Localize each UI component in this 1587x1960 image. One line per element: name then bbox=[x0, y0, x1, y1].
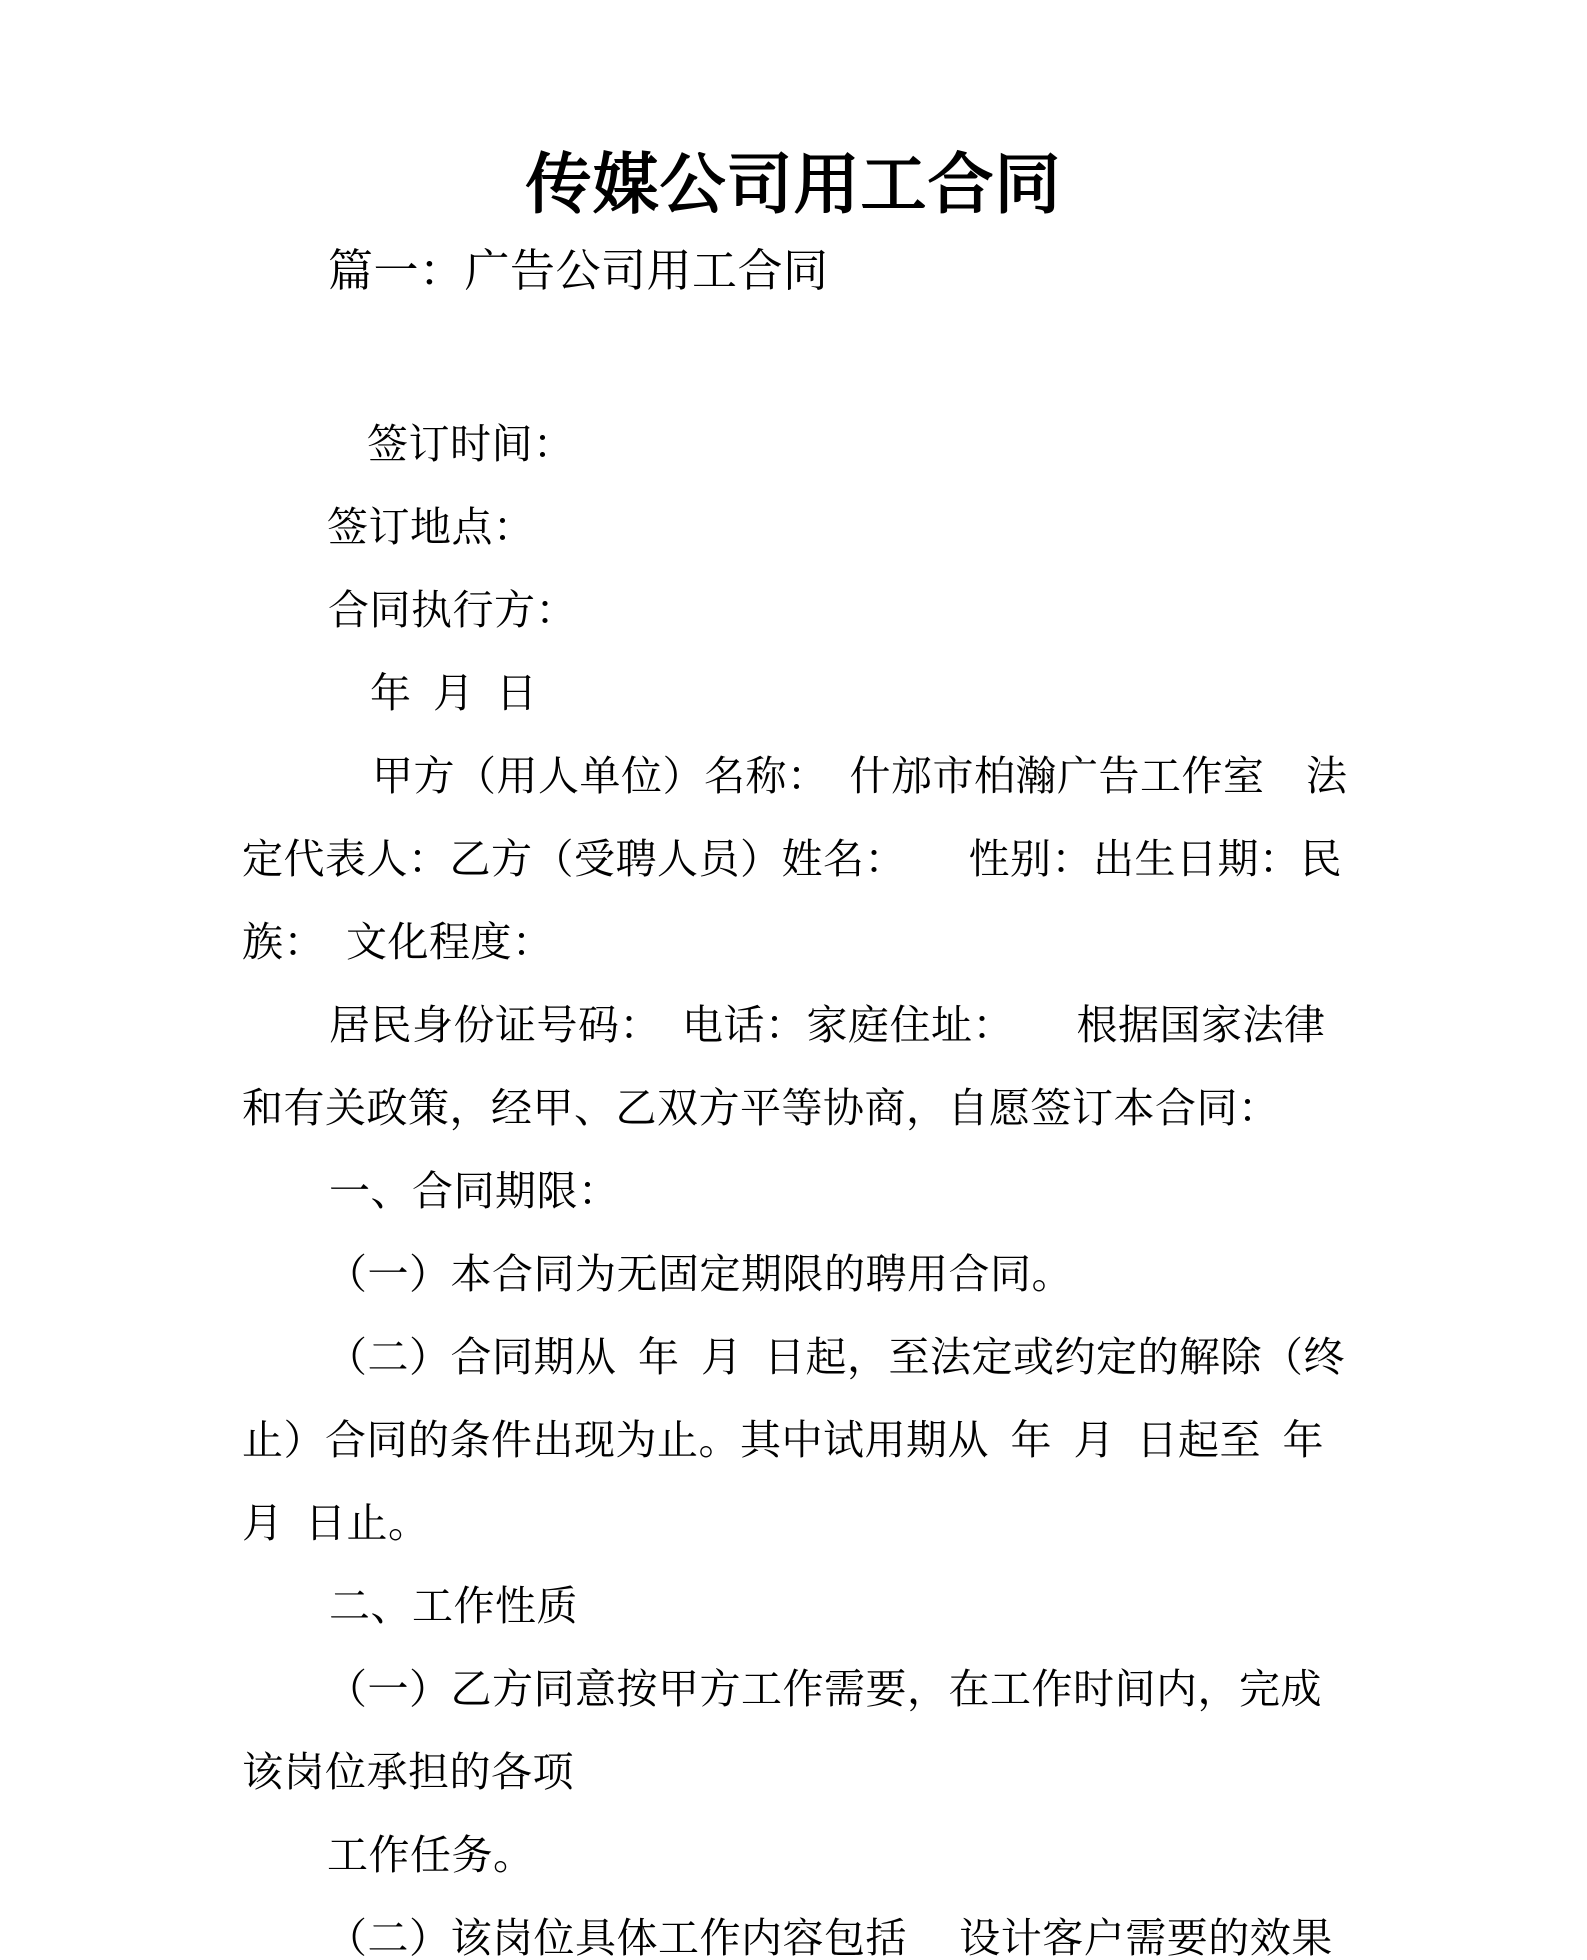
contract-line: （一）乙方同意按甲方工作需要，在工作时间内，完成 bbox=[326, 1666, 1322, 1713]
contract-line: 居民身份证号码： 电话：家庭住址： 根据国家法律 bbox=[329, 1002, 1326, 1049]
contract-line: 甲方（用人单位）名称： 什邡市柏瀚广告工作室 法 bbox=[372, 753, 1348, 800]
document-title: 传媒公司用工合同 bbox=[0, 150, 1587, 223]
document-page: 传媒公司用工合同 篇一：广告公司用工合同签订时间：签订地点：合同执行方：年 月 … bbox=[0, 0, 1587, 1960]
contract-line: 月 日止。 bbox=[242, 1500, 430, 1547]
contract-line: 和有关政策，经甲、乙双方平等协商，自愿签订本合同： bbox=[242, 1085, 1280, 1132]
contract-line: （二）该岗位具体工作内容包括 设计客户需要的效果 bbox=[326, 1915, 1333, 1960]
contract-line: 该岗位承担的各项 bbox=[242, 1749, 574, 1796]
contract-line: （二）合同期从 年 月 日起，至法定或约定的解除（终 bbox=[326, 1334, 1345, 1381]
contract-line: 族： 文化程度： bbox=[242, 919, 554, 966]
contract-line: 定代表人：乙方（受聘人员）姓名： 性别：出生日期：民 bbox=[242, 836, 1342, 883]
contract-line: 签订地点： bbox=[327, 504, 535, 551]
contract-line: 工作任务。 bbox=[327, 1832, 535, 1879]
contract-line: 合同执行方： bbox=[328, 587, 577, 634]
contract-line: 止）合同的条件出现为止。其中试用期从 年 月 日起至 年 bbox=[242, 1417, 1324, 1464]
contract-line: 签订时间： bbox=[367, 421, 575, 468]
contract-line: （一）本合同为无固定期限的聘用合同。 bbox=[326, 1251, 1073, 1298]
contract-line: 二、工作性质 bbox=[329, 1583, 578, 1630]
contract-line: 年 月 日 bbox=[370, 670, 538, 717]
document-subtitle: 篇一：广告公司用工合同 bbox=[328, 246, 829, 298]
contract-line: 一、合同期限： bbox=[329, 1168, 620, 1215]
